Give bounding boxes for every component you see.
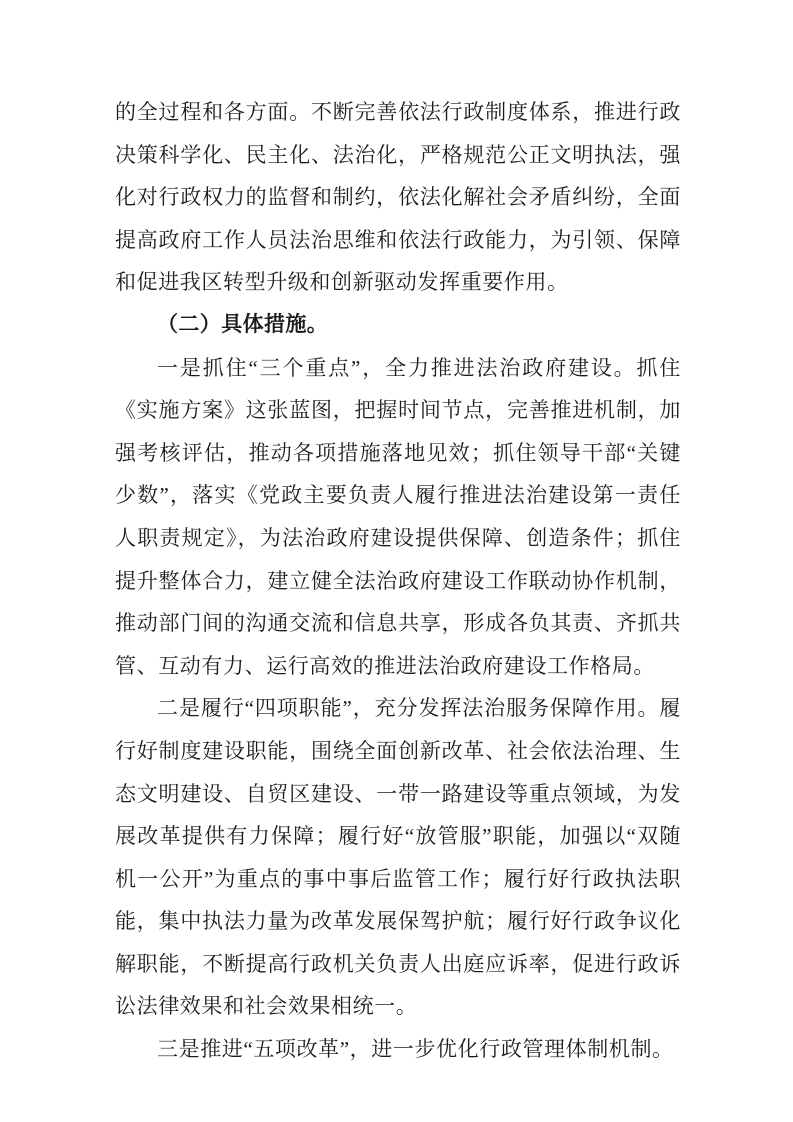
paragraph-measure-three: 三是推进“五项改革”，进一步优化行政管理体制机制。 [115,1028,681,1071]
section-heading: （二）具体措施。 [115,304,681,347]
paragraph-continuation: 的全过程和各方面。不断完善依法行政制度体系，推进行政决策科学化、民主化、法治化，… [115,91,681,304]
paragraph-measure-two: 二是履行“四项职能”，充分发挥法治服务保障作用。履行好制度建设职能，围绕全面创新… [115,687,681,1028]
document-page: 的全过程和各方面。不断完善依法行政制度体系，推进行政决策科学化、民主化、法治化，… [0,0,793,1122]
paragraph-measure-one: 一是抓住“三个重点”，全力推进法治政府建设。抓住《实施方案》这张蓝图，把握时间节… [115,347,681,688]
